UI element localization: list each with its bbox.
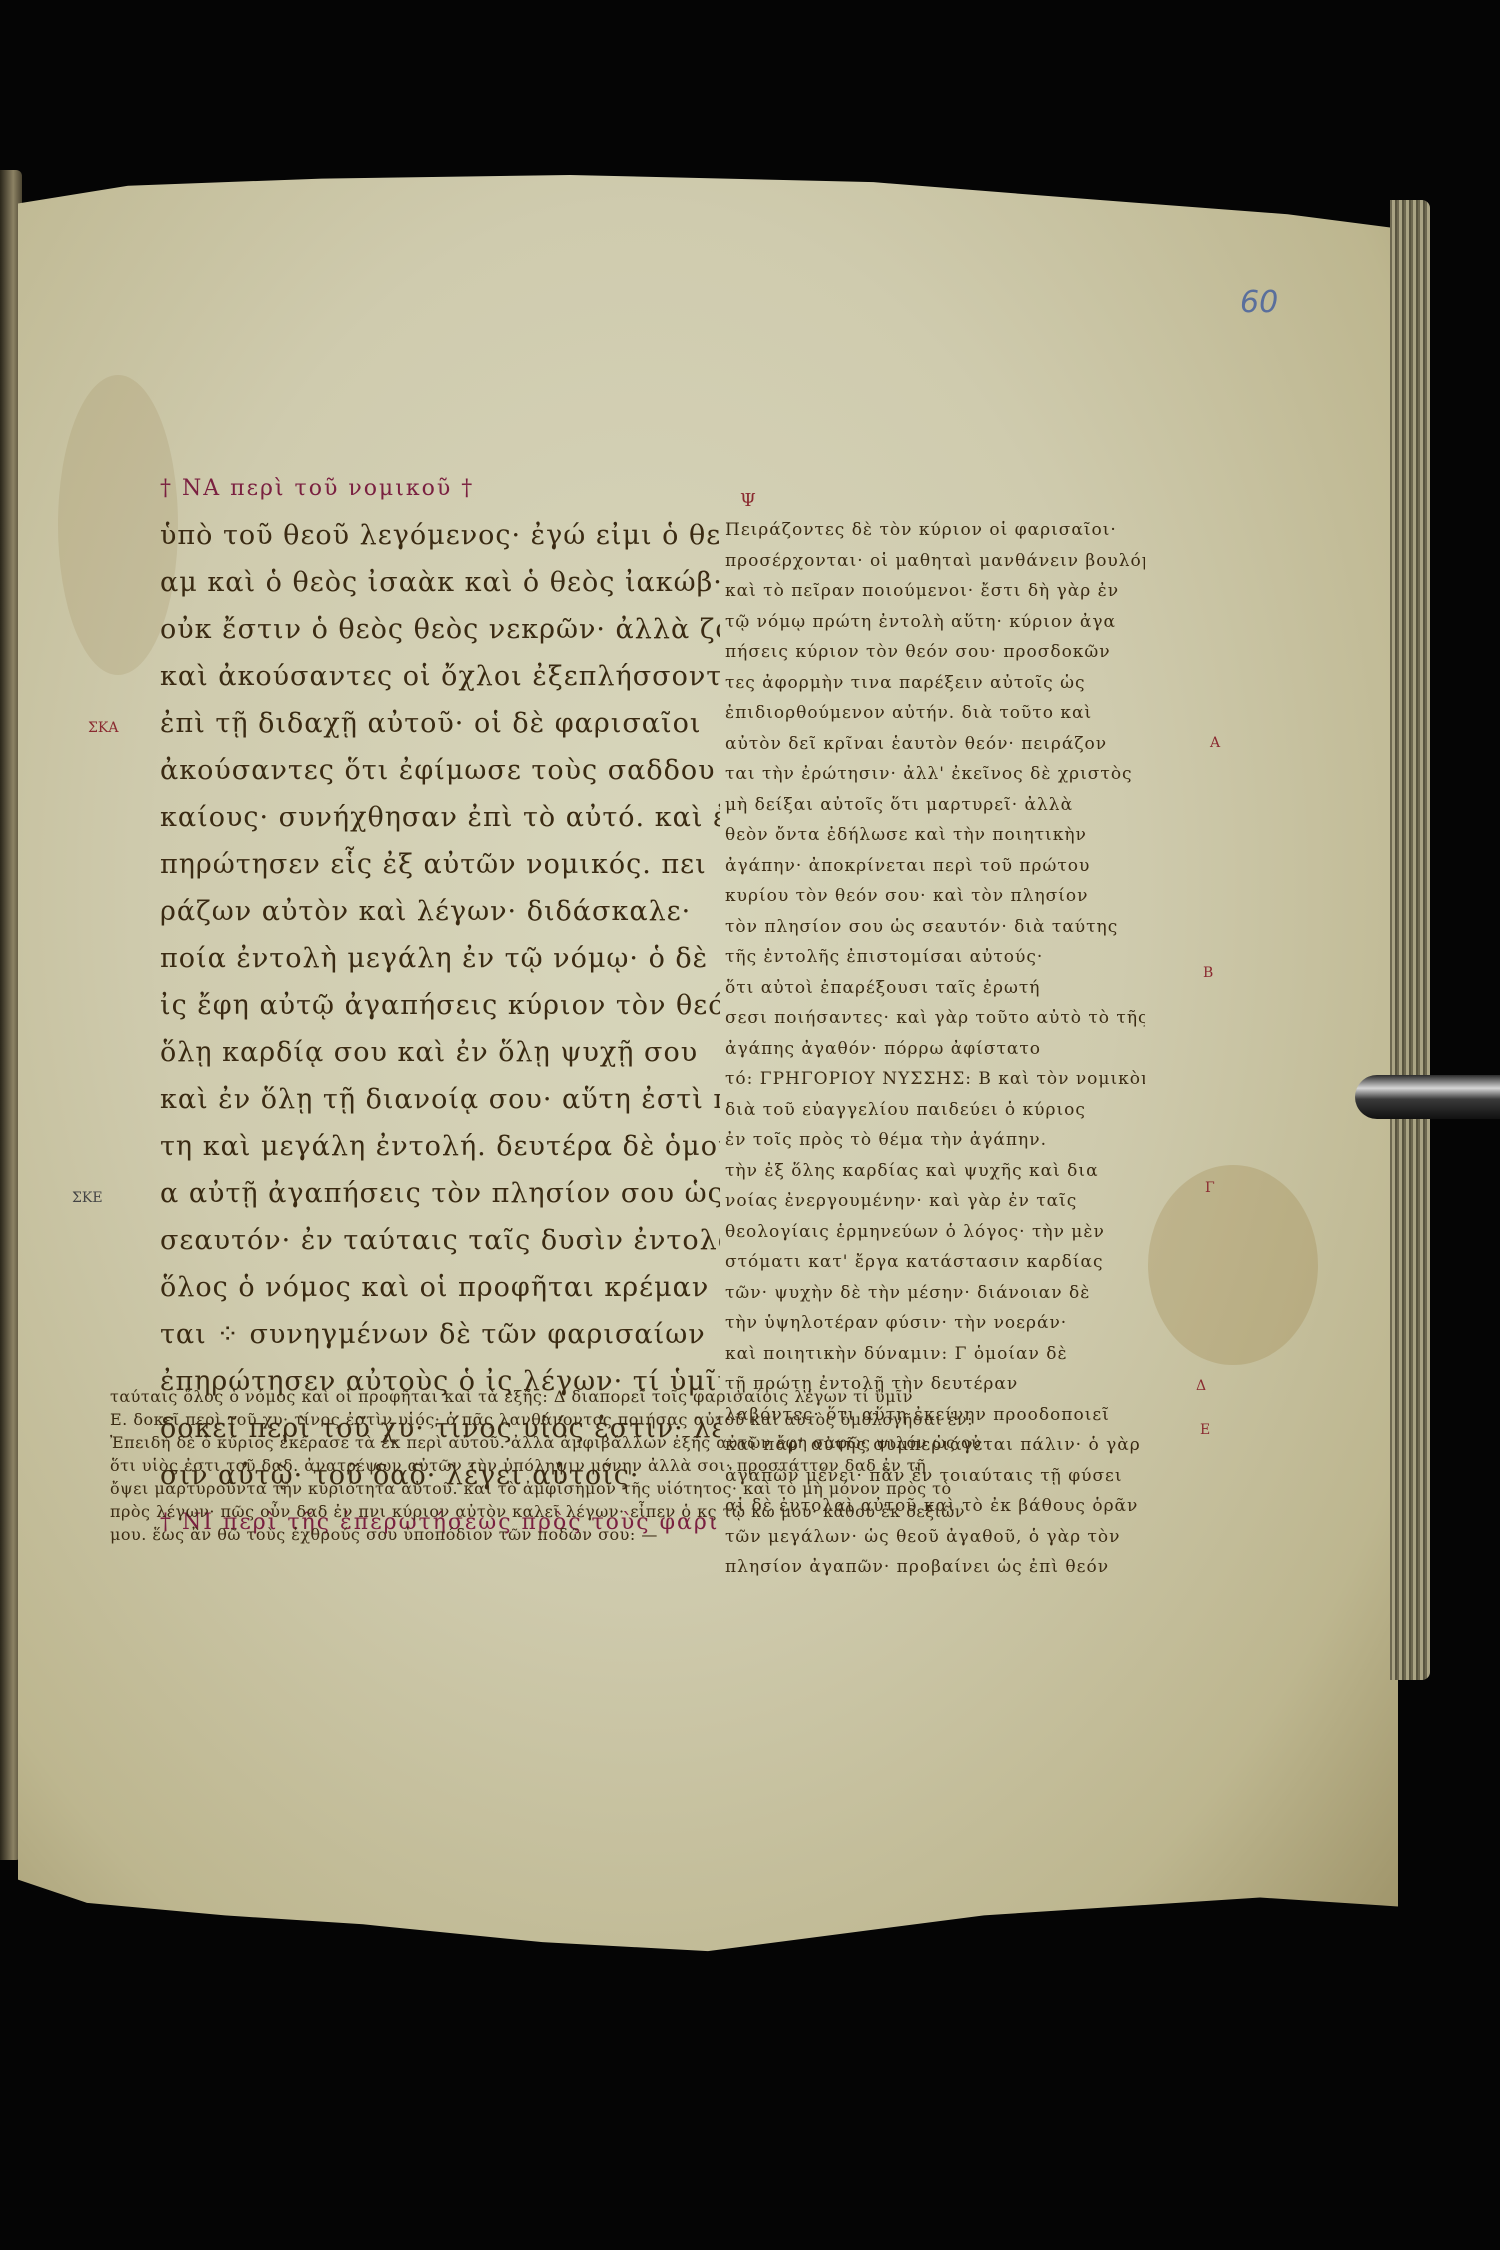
text-line: σεσι ποιήσαντες· καὶ γὰρ τοῦτο αὐτὸ τὸ τ… (725, 1003, 1145, 1034)
text-line: ὅλῃ καρδίᾳ σου καὶ ἐν ὅλῃ ψυχῇ σου (160, 1029, 720, 1076)
text-line: αμ καὶ ὁ θεὸς ἰσαὰκ καὶ ὁ θεὸς ἰακώβ· (160, 559, 720, 606)
left-column: † ΝΑ περὶ τοῦ νομικοῦ † ὑπὸ τοῦ θεοῦ λεγ… (160, 465, 720, 1546)
text-line: τό: ΓΡΗΓΟΡΙΟΥ ΝΥΣΣΗΣ: Β καὶ τὸν νομικὸν (725, 1064, 1145, 1095)
text-line: πλησίον ἀγαπῶν· προβαίνει ὡς ἐπὶ θεόν (725, 1552, 1145, 1583)
margin-numeral: Γ (1205, 1180, 1215, 1196)
text-line: ράζων αὐτὸν καὶ λέγων· διδάσκαλε· (160, 888, 720, 935)
commentary-line: ταύταις ὅλος ὁ νόμος καὶ οἱ προφῆται καὶ… (110, 1385, 1180, 1408)
text-line: ὑπὸ τοῦ θεοῦ λεγόμενος· ἐγώ εἰμι ὁ θεὸς … (160, 512, 720, 559)
text-line: θεολογίαις ἑρμηνεύων ὁ λόγος· τὴν μὲν (725, 1217, 1145, 1248)
text-line: κυρίου τὸν θεόν σου· καὶ τὸν πλησίον (725, 881, 1145, 912)
text-line: οὐκ ἔστιν ὁ θεὸς θεὸς νεκρῶν· ἀλλὰ ζώντω… (160, 606, 720, 653)
text-line: α αὐτῇ ἀγαπήσεις τὸν πλησίον σου ὡς (160, 1170, 720, 1217)
text-line: ἀγάπην· ἀποκρίνεται περὶ τοῦ πρώτου (725, 851, 1145, 882)
text-line: θεὸν ὄντα ἐδήλωσε καὶ τὴν ποιητικὴν (725, 820, 1145, 851)
book-clamp (1355, 1075, 1500, 1119)
text-line: τὸν πλησίον σου ὡς σεαυτόν· διὰ ταύτης (725, 912, 1145, 943)
text-line: ἀκούσαντες ὅτι ἐφίμωσε τοὺς σαδδου (160, 747, 720, 794)
margin-note: ΣΚΑ (88, 720, 118, 736)
text-line: τῆς ἐντολῆς ἐπιστομίσαι αὐτούς· (725, 942, 1145, 973)
commentary-line: μου. ἕως ἂν θῶ τοὺς ἐχθρούς σου ὑποπόδιο… (110, 1523, 1180, 1546)
commentary-block: ταύταις ὅλος ὁ νόμος καὶ οἱ προφῆται καὶ… (110, 1385, 1180, 1546)
text-line: τῶν· ψυχὴν δὲ τὴν μέσην· διάνοιαν δὲ (725, 1278, 1145, 1309)
commentary-line: ὅτι υἱὸς ἐστι τοῦ δαδ. ἀνατρέψων αὐτῶν τ… (110, 1454, 1180, 1477)
text-line: καὶ ἀκούσαντες οἱ ὄχλοι ἐξεπλήσσοντο (160, 653, 720, 700)
margin-numeral: Ε (1200, 1422, 1210, 1438)
text-line: προσέρχονται· οἱ μαθηταὶ μανθάνειν βουλό… (725, 546, 1145, 577)
text-line: τες ἀφορμὴν τινα παρέξειν αὐτοῖς ὡς (725, 668, 1145, 699)
text-line: τὴν ὑψηλοτέραν φύσιν· τὴν νοεράν· (725, 1308, 1145, 1339)
text-line: μὴ δείξαι αὐτοῖς ὅτι μαρτυρεῖ· ἀλλὰ (725, 790, 1145, 821)
text-line: αὐτὸν δεῖ κρῖναι ἑαυτὸν θεόν· πειράζον (725, 729, 1145, 760)
text-line: τη καὶ μεγάλη ἐντολή. δευτέρα δὲ ὁμοί (160, 1123, 720, 1170)
text-line: τὴν ἐξ ὅλης καρδίας καὶ ψυχῆς καὶ δια (725, 1156, 1145, 1187)
text-line: ἐπιδιορθούμενον αὐτήν. διὰ τοῦτο καὶ (725, 698, 1145, 729)
text-line: ἐν τοῖς πρὸς τὸ θέμα τὴν ἀγάπην. (725, 1125, 1145, 1156)
text-line: καὶ ἐν ὅλῃ τῇ διανοίᾳ σου· αὕτη ἐστὶ πρώ (160, 1076, 720, 1123)
stain (1148, 1165, 1318, 1365)
text-line: πηρώτησεν εἷς ἐξ αὐτῶν νομικός. πει (160, 841, 720, 888)
text-line: σεαυτόν· ἐν ταύταις ταῖς δυσὶν ἐντολαῖς (160, 1217, 720, 1264)
commentary-line: Ε. δοκεῖ περὶ τοῦ χυ· τίνος ἐστὶν υἱός· … (110, 1408, 1180, 1431)
text-line: ὅλος ὁ νόμος καὶ οἱ προφῆται κρέμαν (160, 1264, 720, 1311)
folio-number: 60 (1240, 285, 1278, 320)
text-line: καίους· συνήχθησαν ἐπὶ τὸ αὐτό. καὶ ἐ (160, 794, 720, 841)
text-line: νοίας ἐνεργουμένην· καὶ γὰρ ἐν ταῖς (725, 1186, 1145, 1217)
section-marker: Ψ (740, 490, 756, 511)
text-line: Πειράζοντες δὲ τὸν κύριον οἱ φαρισαῖοι· (725, 515, 1145, 546)
commentary-line: Ἐπειδὴ δὲ ὁ κύριος ἐκέρασε τὰ ἐκ περὶ αὐ… (110, 1431, 1180, 1454)
text-line: ται τὴν ἐρώτησιν· ἀλλ' ἐκεῖνος δὲ χριστὸ… (725, 759, 1145, 790)
margin-numeral: Β (1203, 965, 1213, 981)
section-title: † ΝΑ περὶ τοῦ νομικοῦ † (160, 465, 720, 512)
fore-edge (1390, 200, 1430, 1680)
text-line: ἀγάπης ἀγαθόν· πόρρω ἀφίστατο (725, 1034, 1145, 1065)
text-line: ἐπὶ τῇ διδαχῇ αὐτοῦ· οἱ δὲ φαρισαῖοι (160, 700, 720, 747)
margin-numeral: Δ (1196, 1378, 1206, 1394)
text-line: καὶ τὸ πεῖραν ποιούμενοι· ἔστι δὴ γὰρ ἐν (725, 576, 1145, 607)
text-line: ὅτι αὐτοὶ ἐπαρέξουσι ταῖς ἐρωτή (725, 973, 1145, 1004)
text-line: ποία ἐντολὴ μεγάλη ἐν τῷ νόμῳ· ὁ δὲ (160, 935, 720, 982)
margin-note: ΣΚΕ (72, 1190, 103, 1206)
text-line: καὶ ποιητικὴν δύναμιν: Γ ὁμοίαν δὲ (725, 1339, 1145, 1370)
commentary-line: ὄψει μαρτυροῦντα τὴν κυριότητα αὐτοῦ. κα… (110, 1477, 1180, 1500)
commentary-line: πρὸς λέγων· πῶς οὖν δαδ ἐν πνι κύριον αὐ… (110, 1500, 1180, 1523)
text-line: ἰς ἔφη αὐτῷ ἀγαπήσεις κύριον τὸν θεόν σο… (160, 982, 720, 1029)
text-line: πήσεις κύριον τὸν θεόν σου· προσδοκῶν (725, 637, 1145, 668)
text-line: ται ⁘ συνηγμένων δὲ τῶν φαρισαίων (160, 1311, 720, 1358)
text-line: διὰ τοῦ εὐαγγελίου παιδεύει ὁ κύριος (725, 1095, 1145, 1126)
margin-numeral: Α (1210, 735, 1220, 751)
text-line: τῷ νόμῳ πρώτη ἐντολὴ αὕτη· κύριον ἀγα (725, 607, 1145, 638)
text-line: στόματι κατ' ἔργα κατάστασιν καρδίας (725, 1247, 1145, 1278)
